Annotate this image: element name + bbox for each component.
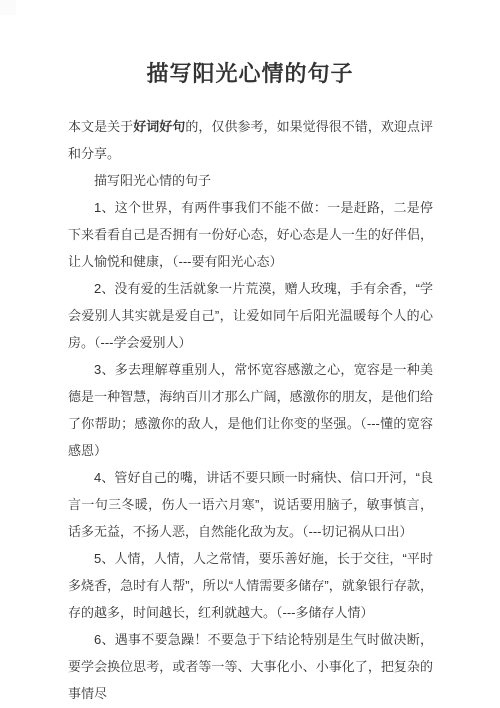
corner-artifact — [0, 0, 16, 15]
sentence-paragraph-2: 2、没有爱的生活就象一片荒漠，赠人玫瑰，手有余香，“学会爱别人其实就是爱自己”，… — [68, 275, 433, 356]
intro-paragraph: 本文是关于好词好句的，仅供参考，如果觉得很不错，欢迎点评和分享。 — [68, 113, 433, 167]
intro-prefix: 本文是关于 — [68, 119, 133, 134]
sentence-paragraph-5: 5、人情，人情，人之常情，要乐善好施，长于交往，“平时多烧香，急时有人帮”，所以… — [68, 545, 433, 626]
sentence-paragraph-6: 6、遇事不要急躁！不要急于下结论特别是生气时做决断，要学会换位思考，或者等一等、… — [68, 626, 433, 707]
intro-bold-keyword: 好词好句 — [133, 119, 185, 134]
sentence-paragraph-3: 3、多去理解尊重别人，常怀宽容感激之心，宽容是一种美德是一种智慧，海纳百川才那么… — [68, 356, 433, 464]
document-body: 本文是关于好词好句的，仅供参考，如果觉得很不错，欢迎点评和分享。 描写阳光心情的… — [68, 113, 433, 707]
sentence-paragraph-4: 4、管好自己的嘴，讲话不要只顾一时痛快、信口开河，“良言一句三冬暖，伤人一语六月… — [68, 464, 433, 545]
document-title: 描写阳光心情的句子 — [0, 0, 500, 90]
section-subtitle: 描写阳光心情的句子 — [68, 167, 433, 194]
document-page: 描写阳光心情的句子 本文是关于好词好句的，仅供参考，如果觉得很不错，欢迎点评和分… — [0, 0, 500, 708]
sentence-paragraph-1: 1、这个世界，有两件事我们不能不做：一是赶路，二是停下来看看自己是否拥有一份好心… — [68, 194, 433, 275]
